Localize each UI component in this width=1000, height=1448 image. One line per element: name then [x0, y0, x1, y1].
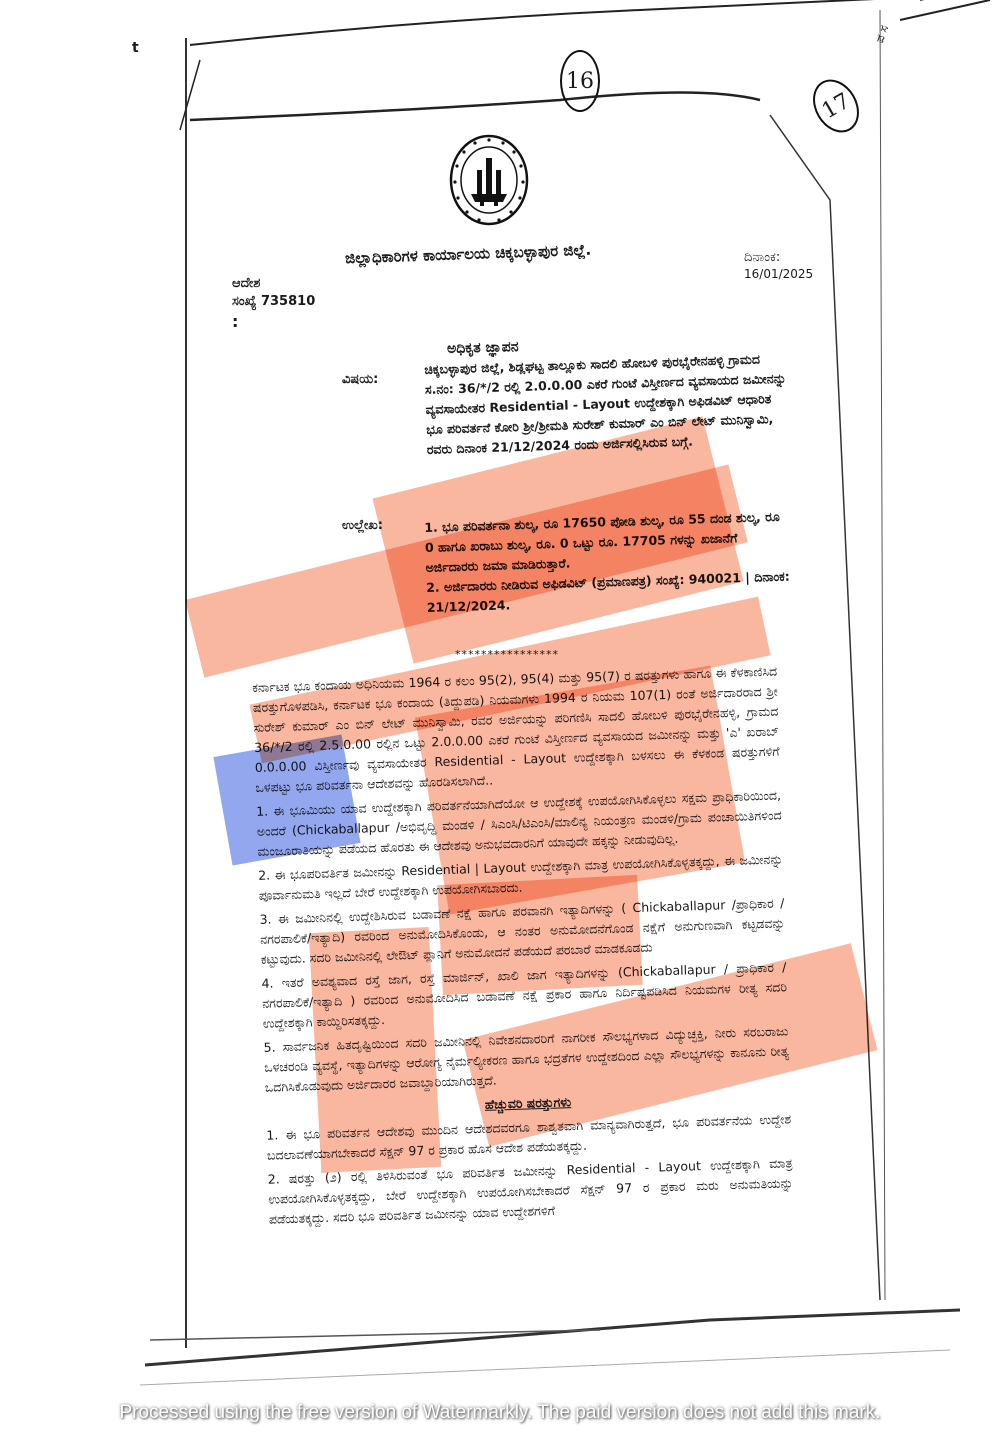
highlight-band-orange [309, 927, 441, 1173]
subject-label: ವಿಷಯ: [342, 372, 378, 387]
handwritten-page-number: 16 [560, 50, 600, 112]
government-emblem-icon [447, 132, 531, 228]
notice-title: ಅಧಿಕೃತ ಜ್ಞಾಪನ [447, 339, 519, 357]
order-label: ಆದೇಶ [232, 276, 260, 291]
highlight-band-orange [437, 875, 642, 995]
reference-label: ಉಲ್ಲೇಖ: [342, 518, 383, 533]
watermark-text: Processed using the free version of Wate… [0, 1402, 1000, 1424]
order-number-suffix: : [232, 312, 238, 331]
highlight-band-blue [213, 735, 360, 866]
order-number: ಸಂಖ್ಯೆ 735810 [232, 294, 315, 309]
date-label: ದಿನಾಂಕ: [744, 250, 780, 265]
date-value: 16/01/2025 [744, 267, 813, 281]
scanned-document-page: t 16 17 ಪ ಸ ಜಿಲ್ಲಾಧಿಕಾರಿಗಳ ಕಾರ್ಯಾಲಯ ಚಿಕ್… [0, 0, 1000, 1448]
margin-mark: t [132, 40, 139, 56]
